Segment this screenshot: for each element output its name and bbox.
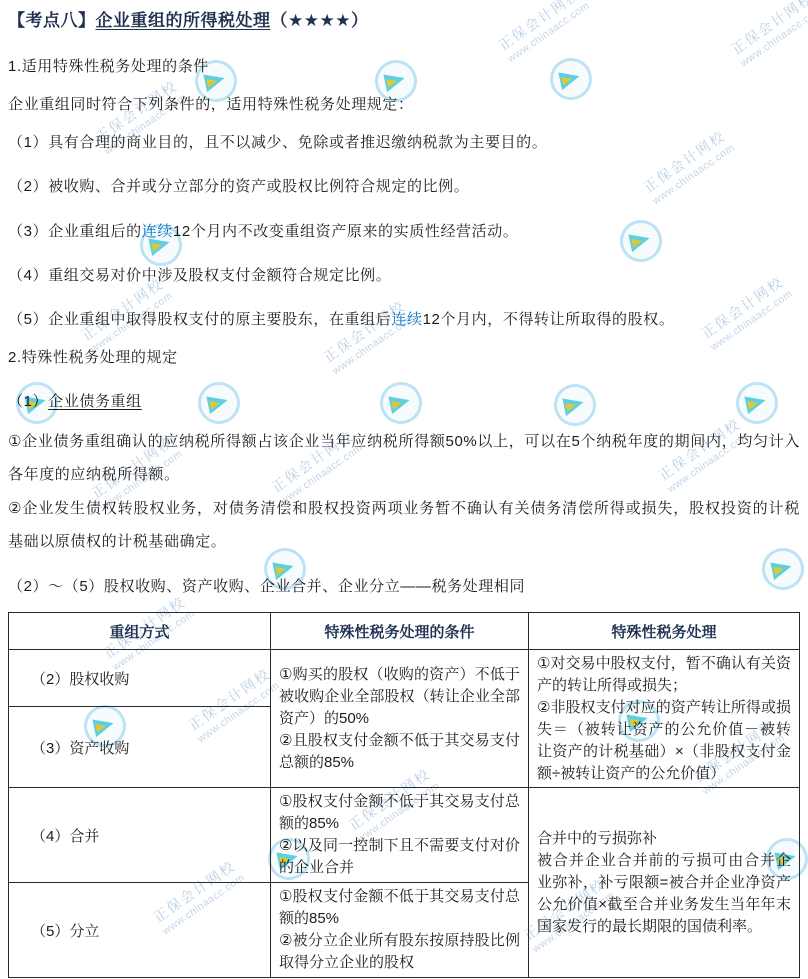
row-label-equity-acquisition: （2）股权收购 [9,650,271,707]
paragraph-debt-to-equity: ②企业发生债权转股权业务，对债务清偿和股权投资两项业务暂不确认有关债务清偿所得或… [8,492,800,558]
title-main: 企业重组的所得税处理 [96,11,271,30]
table-row-equity-acquisition: （2）股权收购 ①购买的股权（收购的资产）不低于被收购企业全部股权（转让企业全部… [9,650,800,707]
section-1-heading: 1.适用特殊性税务处理的条件 [8,50,800,83]
debt-restructure-subheading: （1）企业债务重组 [8,385,800,418]
document-page: { "watermark": { "line1": "正保会计网校", "lin… [0,0,808,979]
table-header-conditions: 特殊性税务处理的条件 [271,613,529,650]
row-label-merger: （4）合并 [9,788,271,883]
keyword-highlight: 连续 [142,223,173,240]
section-2-heading: 2.特殊性税务处理的规定 [8,341,800,374]
condition-item-4: （4）重组交易对价中涉及股权支付金额符合规定比例。 [8,259,800,292]
range-note-line: （2）～（5）股权收购、资产收购、企业合并、企业分立——税务处理相同 [8,570,800,603]
keyword-highlight: 连续 [391,311,422,328]
condition-item-1: （1）具有合理的商业目的，且不以减少、免除或者推迟缴纳税款为主要目的。 [8,126,800,159]
page-title: 【考点八】企业重组的所得税处理（★★★★） [8,6,800,36]
treatment-cell-merger-division: 合并中的亏损弥补 被合并企业合并前的亏损可由合并企业弥补，补亏限额=被合并企业净… [529,788,800,978]
section-1-intro: 企业重组同时符合下列条件的，适用特殊性税务处理规定： [8,88,800,121]
conditions-cell-merger: ①股权支付金额不低于其交易支付总额的85% ②以及同一控制下且不需要支付对价的企… [271,788,529,883]
row-label-asset-acquisition: （3）资产收购 [9,707,271,788]
treatment-cell-acquisitions: ①对交易中股权支付，暂不确认有关资产的转让所得或损失； ②非股权支付对应的资产转… [529,650,800,788]
tax-treatment-table: 重组方式 特殊性税务处理的条件 特殊性税务处理 （2）股权收购 ①购买的股权（收… [8,612,800,978]
document-content: 【考点八】企业重组的所得税处理（★★★★） 1.适用特殊性税务处理的条件 企业重… [0,6,808,978]
condition-item-5: （5）企业重组中取得股权支付的原主要股东，在重组后连续12个月内，不得转让所取得… [8,303,800,336]
table-header-treatment: 特殊性税务处理 [529,613,800,650]
paragraph-debt-income: ①企业债务重组确认的应纳税所得额占该企业当年应纳税所得额50%以上，可以在5个纳… [8,425,800,491]
row-label-division: （5）分立 [9,883,271,978]
condition-item-2: （2）被收购、合并或分立部分的资产或股权比例符合规定的比例。 [8,170,800,203]
table-row-merger: （4）合并 ①股权支付金额不低于其交易支付总额的85% ②以及同一控制下且不需要… [9,788,800,883]
underlined-term: 企业债务重组 [48,393,142,410]
table-header-method: 重组方式 [9,613,271,650]
title-stars: （★★★★） [271,11,369,30]
title-prefix: 【考点八】 [8,11,96,30]
table-header-row: 重组方式 特殊性税务处理的条件 特殊性税务处理 [9,613,800,650]
condition-item-3: （3）企业重组后的连续12个月内不改变重组资产原来的实质性经营活动。 [8,215,800,248]
conditions-cell-division: ①股权支付金额不低于其交易支付总额的85% ②被分立企业所有股东按原持股比例取得… [271,883,529,978]
conditions-cell-acquisitions: ①购买的股权（收购的资产）不低于被收购企业全部股权（转让企业全部资产）的50% … [271,650,529,788]
